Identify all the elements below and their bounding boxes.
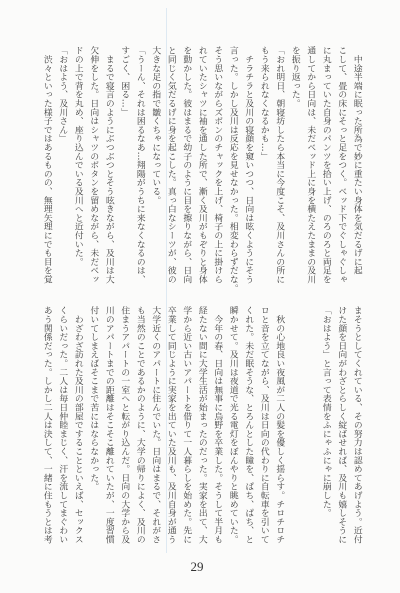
- lower-text-block: まそうとしてくれている、その努力は認めてあげよう。近付 けた顔を日向がわざとらし…: [38, 306, 364, 548]
- text-column: も当然のことであるかのように、大学の帰りによく、及川の: [131, 306, 147, 548]
- scene-break-blank-column: [302, 306, 318, 548]
- text-column: 「おれ明日、朝寝坊したら本当に今度こそ、及川さんの所に: [271, 46, 287, 288]
- text-column: 住まうアパートの一室へと転がり込んだ。日向の大学から及: [116, 306, 132, 548]
- text-column: チラチラと及川の寝顔を窺いつつ、日向は呟くようにそう: [240, 46, 256, 288]
- text-column: 「うーん、それは困るなあ…翔陽がうちに来なくなるのは、: [131, 46, 147, 288]
- text-column: こして、畳の床にそっと足をつく。ベッド下でぐしゃぐしゃ: [333, 46, 349, 288]
- text-column: 付いてしまえばそこまで苦にはならなかった。: [85, 306, 101, 548]
- scene-break-blank-column: [286, 306, 302, 548]
- text-column: 「おはよう、及川さん」: [54, 46, 70, 288]
- book-page: 中途半端に眠った所為で妙に重たい身体を気だるげに起 こして、畳の床にそっと足をつ…: [0, 0, 400, 593]
- text-column: わざわざ訪れた及川の部屋ですることといえば、セックス: [69, 306, 85, 548]
- text-column: 卒業して同じように実家を出ていた及川も、及川自身が通う: [162, 306, 178, 548]
- text-column: を動かした。彼はまるで幼子のように目を擦りながら、日向: [178, 46, 194, 288]
- text-column: 渋々といった様子ではあるものの、無理矢理にでも目を覚: [38, 46, 54, 288]
- text-column: あう関係だった。しかし二人は決して、一緒に住もうとは考: [38, 306, 54, 548]
- text-column: れていたシャツに袖を通した所で、漸く及川がもぞりと身体: [193, 46, 209, 288]
- text-column: 欠伸をした。日向はシャツのボタンを留めながら、未だベッ: [85, 46, 101, 288]
- upper-text-block: 中途半端に眠った所為で妙に重たい身体を気だるげに起 こして、畳の床にそっと足をつ…: [38, 46, 364, 288]
- text-column: 通してから日向は、未だベッド上に身を横たえたままの及川: [302, 46, 318, 288]
- text-column: くらいだった。二人は毎日仲睦まじく、汗を流してまぐわい: [54, 306, 70, 548]
- text-column: 学から近い古いアパートを借りて一人暮らしを始めた。先に: [178, 306, 194, 548]
- text-column: ロと音を立てながら、及川は日向の代わりに自転車を引いて: [255, 306, 271, 548]
- text-column: と同じく気だるげに身を起こした。真っ白なシーツが、彼の: [162, 46, 178, 288]
- text-column: 川のアパートまでの距離はそこそこ離れていたが、一度習慣: [100, 306, 116, 548]
- text-column: 今年の春、日向は無事に烏野を卒業した。そうして半月も: [209, 306, 225, 548]
- text-column: 中途半端に眠った所為で妙に重たい身体を気だるげに起: [348, 46, 364, 288]
- text-column: まそうとしてくれている、その努力は認めてあげよう。近付: [348, 306, 364, 548]
- text-column: 大きな足の指で皺くちゃになっている。: [147, 46, 163, 288]
- text-column: 経たない間に大学生活が始まったのだった。実家を出て、大: [193, 306, 209, 548]
- text-column: 「おはよう」と言って表情をふにゃふにゃに崩した。: [317, 306, 333, 548]
- text-column: そう思いながらズボンのチャックを上げ、椅子の上に掛けら: [209, 46, 225, 288]
- text-column: すごく、困る…」: [116, 46, 132, 288]
- text-column: 秋の心地良い夜風が二人の髪を優しく揺らす。チロチロチ: [271, 306, 287, 548]
- text-column: 言った。しかし及川は反応を見せなかった。相変わらずだな。: [224, 46, 240, 288]
- text-column: もう来られなくなるかも…」: [255, 46, 271, 288]
- text-column: 瞬かせて。及川は夜道で光る電灯をぼんやりと眺めていた。: [224, 306, 240, 548]
- text-column: まるで寝言のようにぶつぶつとそう呟きながら、及川は大: [100, 46, 116, 288]
- text-column: くれた。未だ眠そうな、とろんとした瞳を、ぱち、ぱち、と: [240, 306, 256, 548]
- text-column: に丸まっていた自身のパンツを拾い上げ、のろのろと両足を: [317, 46, 333, 288]
- text-column: けた顔を日向がわざとらしく綻ばせれば、及川も嬉しそうに: [333, 306, 349, 548]
- text-column: ドの上で背を丸め、座り込んでいる及川へと近付いた。: [69, 46, 85, 288]
- text-column: 大学近くのアパートに住んでいた。日向はまるで、それがさ: [147, 306, 163, 548]
- text-column: を振り返った。: [286, 46, 302, 288]
- page-number: 29: [183, 559, 211, 575]
